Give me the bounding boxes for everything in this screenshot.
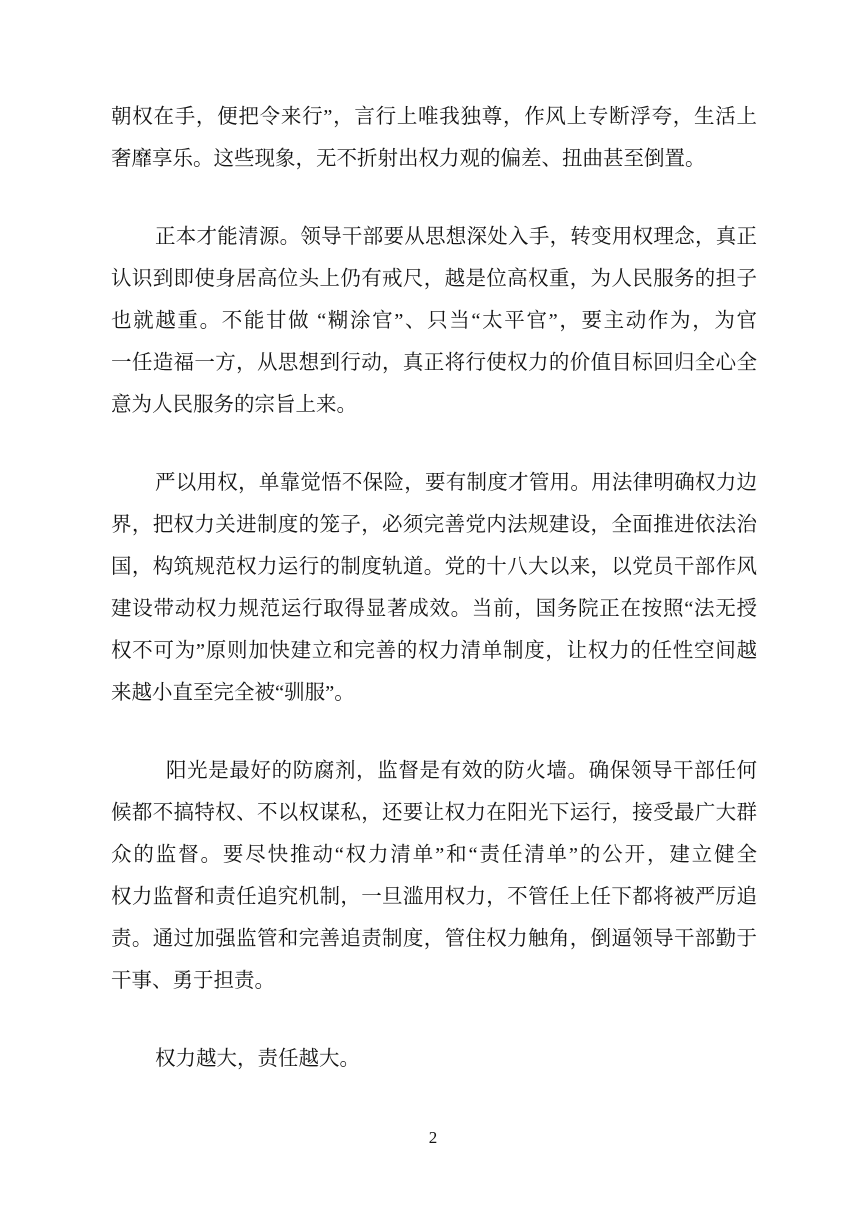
text-line: 意为人民服务的宗旨上来。 (111, 384, 757, 426)
text-line: 一任造福一方，从思想到行动，真正将行使权力的价值目标回归全心全 (111, 342, 757, 384)
text-line: 候都不搞特权、不以权谋私，还要让权力在阳光下运行，接受最广大群 (111, 792, 757, 834)
paragraph: 阳光是最好的防腐剂，监督是有效的防火墙。确保领导干部任何时 候都不搞特权、不以权… (111, 750, 757, 1002)
paragraph: 朝权在手，便把令来行”，言行上唯我独尊，作风上专断浮夸，生活上 奢靡享乐。这些现… (111, 96, 757, 180)
text-line: 权不可为”原则加快建立和完善的权力清单制度，让权力的任性空间越 (111, 630, 757, 672)
text-line: 权力监督和责任追究机制，一旦滥用权力，不管任上任下都将被严厉追 (111, 876, 757, 918)
text-line: 权力越大，责任越大。 (111, 1038, 757, 1080)
paragraph: 权力越大，责任越大。 (111, 1038, 757, 1080)
text-line: 众的监督。要尽快推动“权力清单”和“责任清单”的公开，建立健全 (111, 834, 757, 876)
document-page: 朝权在手，便把令来行”，言行上唯我独尊，作风上专断浮夸，生活上 奢靡享乐。这些现… (0, 0, 866, 1224)
paragraph: 严以用权，单靠觉悟不保险，要有制度才管用。用法律明确权力边 界，把权力关进制度的… (111, 462, 757, 714)
text-line: 责。通过加强监管和完善追责制度，管住权力触角，倒逼领导干部勤于 (111, 918, 757, 960)
text-line: 建设带动权力规范运行取得显著成效。当前，国务院正在按照“法无授 (111, 588, 757, 630)
paragraph: 正本才能清源。领导干部要从思想深处入手，转变用权理念，真正 认识到即使身居高位头… (111, 216, 757, 426)
text-line: 阳光是最好的防腐剂，监督是有效的防火墙。确保领导干部任何时 (111, 750, 757, 792)
document-body: 朝权在手，便把令来行”，言行上唯我独尊，作风上专断浮夸，生活上 奢靡享乐。这些现… (111, 96, 757, 1080)
text-line: 界，把权力关进制度的笼子，必须完善党内法规建设，全面推进依法治 (111, 504, 757, 546)
text-line: 干事、勇于担责。 (111, 960, 757, 1002)
text-line: 国，构筑规范权力运行的制度轨道。党的十八大以来，以党员干部作风 (111, 546, 757, 588)
text-line: 正本才能清源。领导干部要从思想深处入手，转变用权理念，真正 (111, 216, 757, 258)
text-line: 也就越重。不能甘做 “糊涂官”、只当“太平官”，要主动作为，为官 (111, 300, 757, 342)
text-line: 来越小直至完全被“驯服”。 (111, 672, 757, 714)
page-number: 2 (0, 1126, 866, 1150)
text-line: 认识到即使身居高位头上仍有戒尺，越是位高权重，为人民服务的担子 (111, 258, 757, 300)
text-line: 奢靡享乐。这些现象，无不折射出权力观的偏差、扭曲甚至倒置。 (111, 138, 757, 180)
text-line: 朝权在手，便把令来行”，言行上唯我独尊，作风上专断浮夸，生活上 (111, 96, 757, 138)
text-line: 严以用权，单靠觉悟不保险，要有制度才管用。用法律明确权力边 (111, 462, 757, 504)
